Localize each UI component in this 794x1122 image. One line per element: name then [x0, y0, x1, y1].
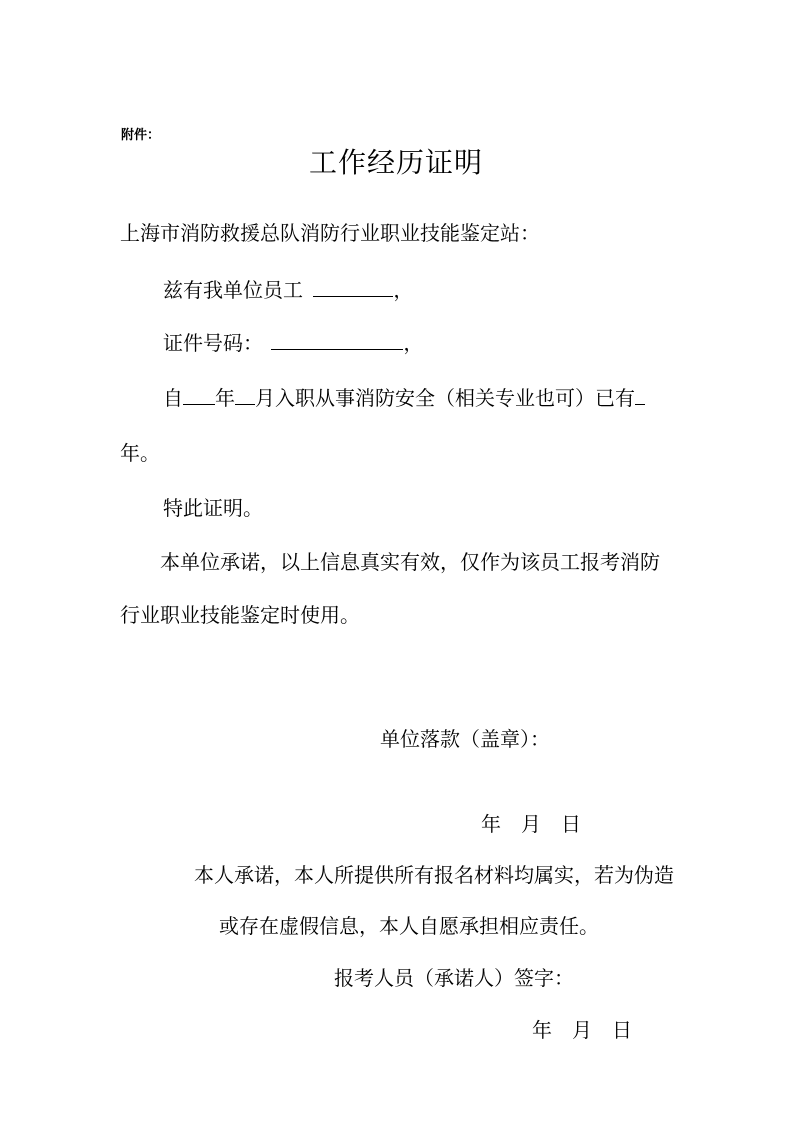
employee-name-blank[interactable] — [313, 278, 393, 297]
experience-continuation: 年。 — [120, 441, 160, 465]
employee-label: 兹有我单位员工 — [163, 278, 303, 302]
addressee: 上海市消防救援总队消防行业职业技能鉴定站： — [120, 221, 540, 245]
years-blank[interactable] — [635, 386, 645, 405]
personal-promise-line1: 本人承诺，本人所提供所有报名材料均属实，若为伪造 — [194, 863, 674, 887]
personal-promise-line2: 或存在虚假信息，本人自愿承担相应责任。 — [219, 914, 599, 938]
experience-text: 月入职从事消防安全（相关专业也可）已有 — [255, 386, 635, 410]
id-line: 证件号码： ， — [163, 331, 423, 355]
employee-suffix: ， — [393, 278, 413, 302]
start-year-blank[interactable] — [183, 386, 215, 405]
experience-year: 年 — [215, 386, 235, 410]
experience-from: 自 — [163, 386, 183, 410]
applicant-date: 年 月 日 — [532, 1018, 632, 1042]
unit-date: 年 月 日 — [481, 812, 581, 836]
unit-promise-line1: 本单位承诺，以上信息真实有效，仅作为该员工报考消防 — [160, 550, 660, 574]
experience-line: 自年月入职从事消防安全（相关专业也可）已有 — [163, 386, 645, 410]
id-number-blank[interactable] — [271, 331, 403, 350]
applicant-signature-label: 报考人员（承诺人）签字： — [334, 966, 574, 990]
id-suffix: ， — [403, 331, 423, 355]
page-title: 工作经历证明 — [309, 146, 483, 180]
certify-text: 特此证明。 — [163, 496, 263, 520]
unit-promise-line2: 行业职业技能鉴定时使用。 — [120, 603, 360, 627]
unit-signature-label: 单位落款（盖章）： — [380, 727, 550, 751]
id-label: 证件号码： — [163, 331, 263, 355]
start-month-blank[interactable] — [235, 386, 255, 405]
attachment-label: 附件： — [121, 128, 160, 144]
employee-line: 兹有我单位员工 ， — [163, 278, 413, 302]
